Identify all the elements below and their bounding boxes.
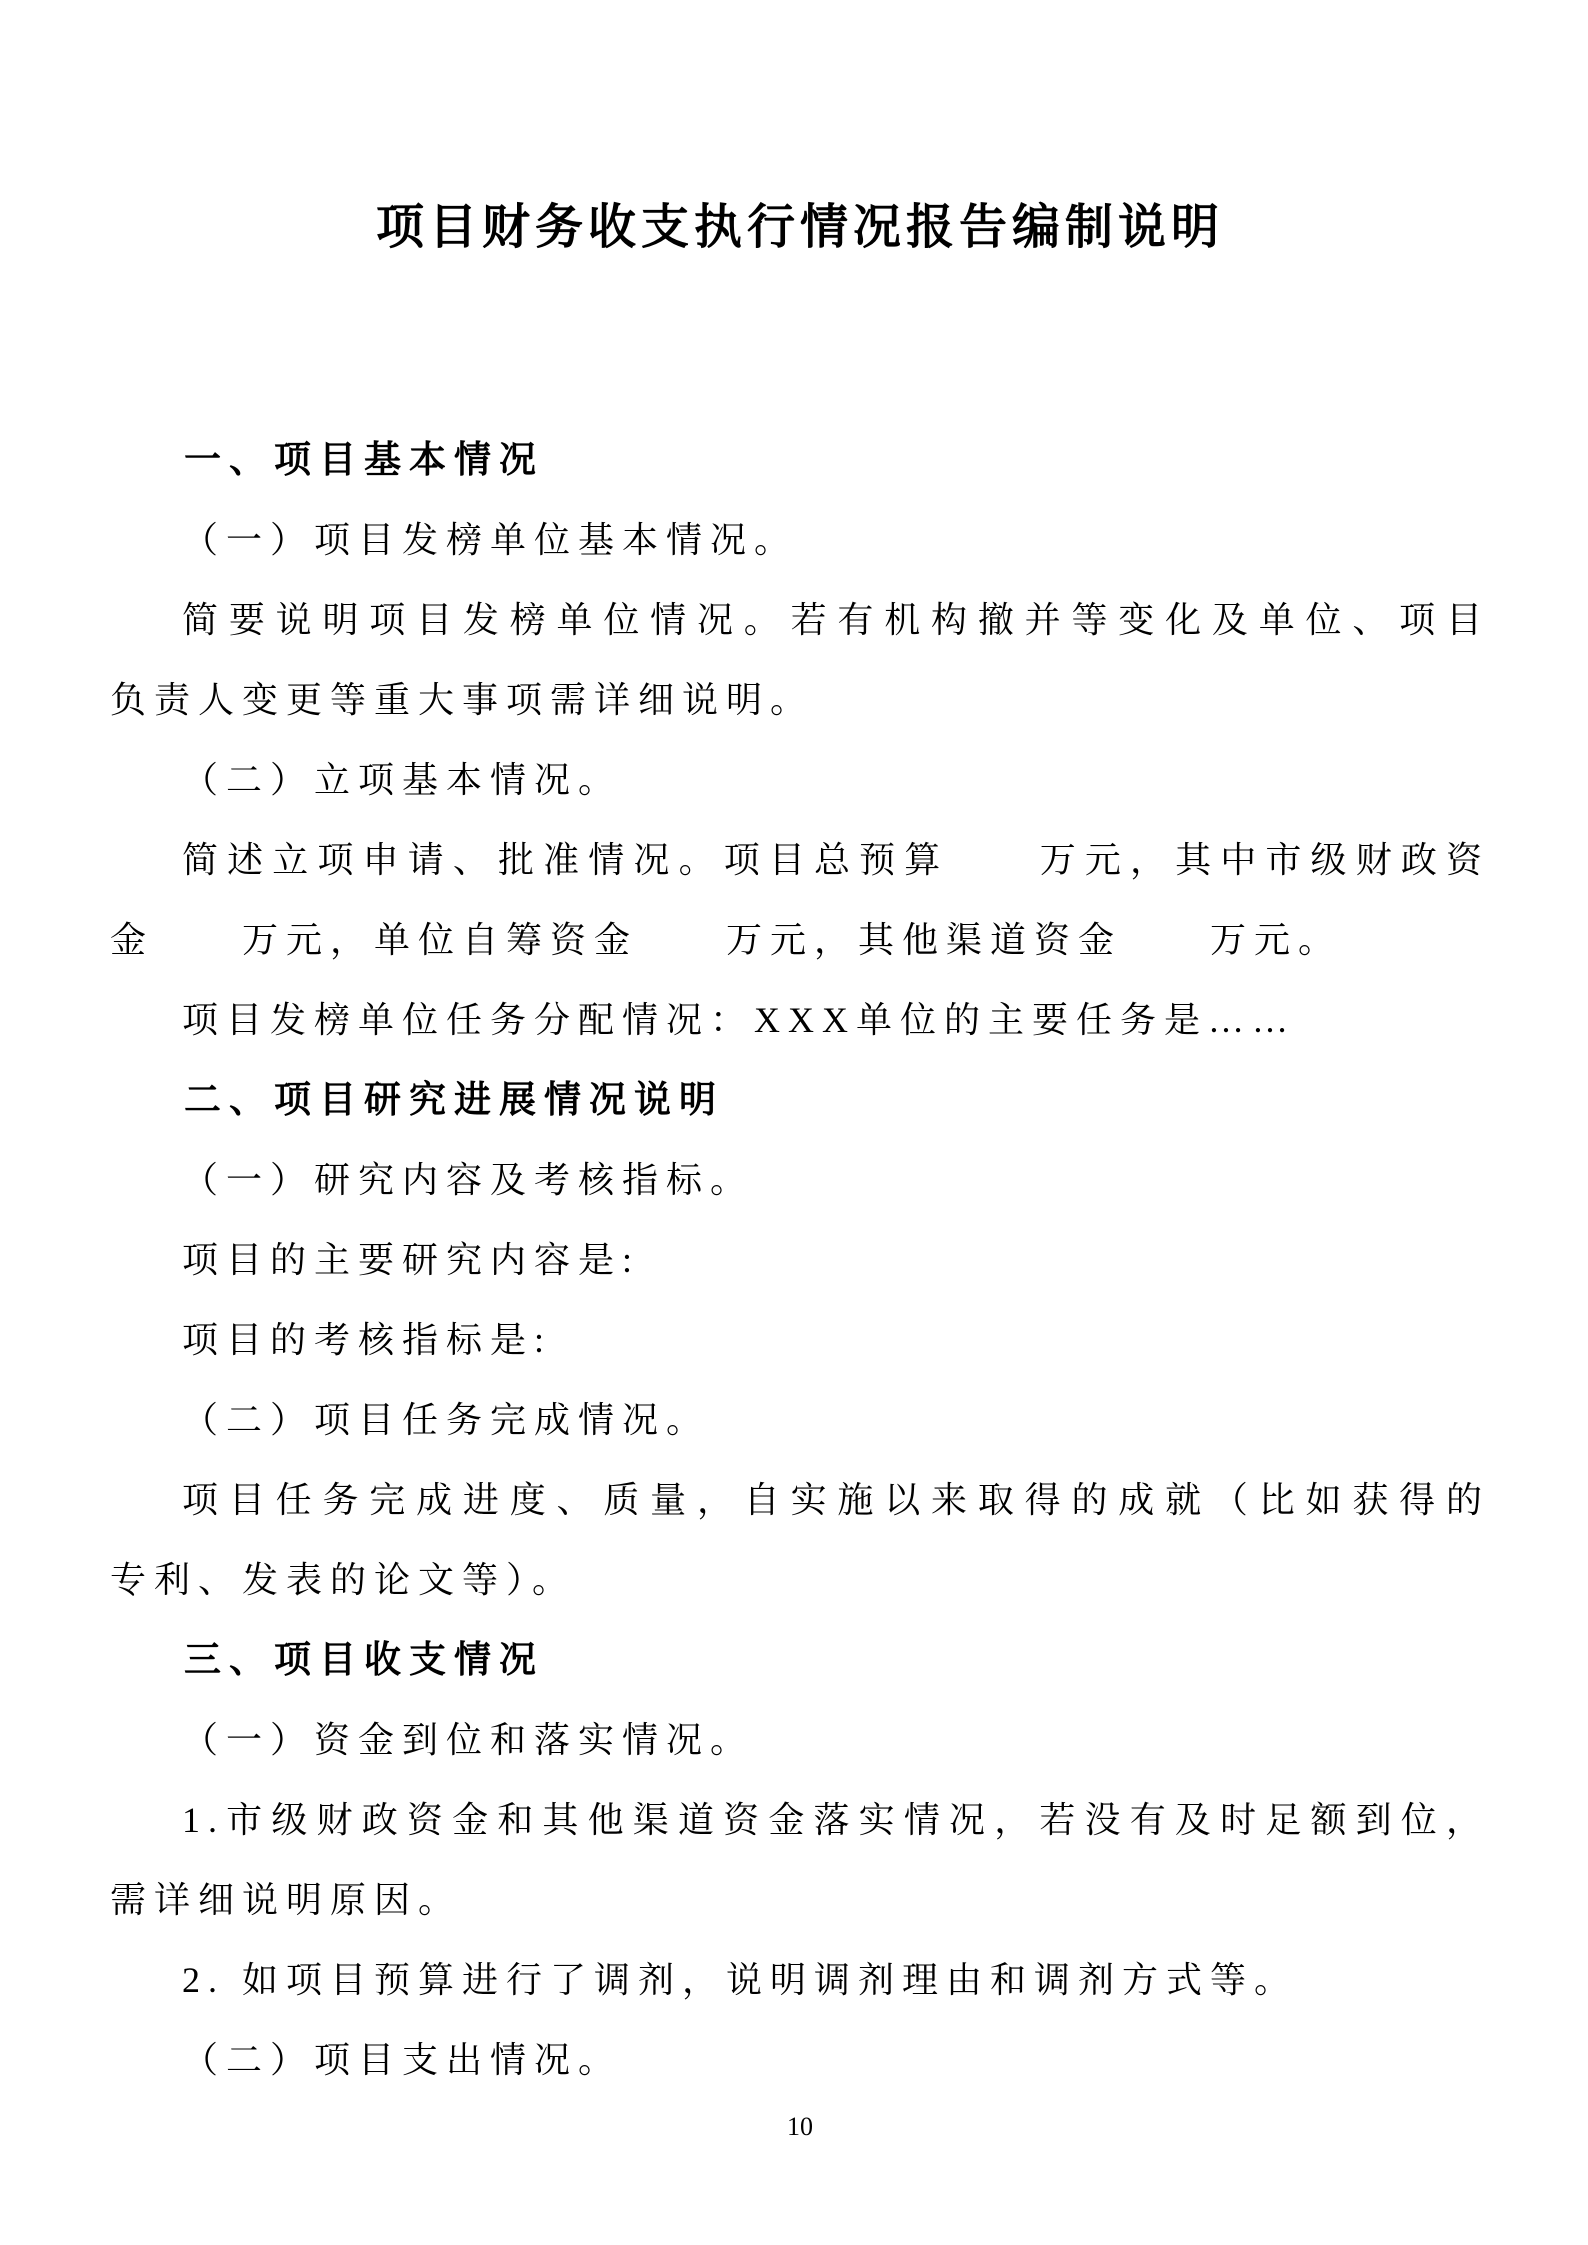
paragraph-line: 简述立项申请、批准情况。项目总预算 万元，其中市级财政资 [110,820,1490,900]
section-heading-3: 三、项目收支情况 [110,1620,1490,1700]
paragraph-line: 1.市级财政资金和其他渠道资金落实情况，若没有及时足额到位， [110,1780,1490,1860]
paragraph-line: 项目的主要研究内容是: [110,1220,1490,1300]
paragraph-line: （一）资金到位和落实情况。 [110,1700,1490,1780]
paragraph-line: 负责人变更等重大事项需详细说明。 [110,660,1490,740]
paragraph-line: 简要说明项目发榜单位情况。若有机构撤并等变化及单位、项目 [110,580,1490,660]
section-heading-2: 二、项目研究进展情况说明 [110,1060,1490,1140]
document-page: 项目财务收支执行情况报告编制说明 一、项目基本情况 （一）项目发榜单位基本情况。… [0,0,1588,2245]
paragraph-line: 金 万元，单位自筹资金 万元，其他渠道资金 万元。 [110,900,1490,980]
paragraph-line: 项目的考核指标是: [110,1300,1490,1380]
section-heading-1: 一、项目基本情况 [110,420,1490,500]
paragraph-line: 需详细说明原因。 [110,1860,1490,1940]
document-title: 项目财务收支执行情况报告编制说明 [110,180,1490,275]
paragraph-line: （二）立项基本情况。 [110,740,1490,820]
paragraph-line: （二）项目支出情况。 [110,2020,1490,2100]
page-number: 10 [110,2112,1490,2142]
paragraph-line: 项目发榜单位任务分配情况：XXX单位的主要任务是…… [110,980,1490,1060]
paragraph-line: （一）项目发榜单位基本情况。 [110,500,1490,580]
paragraph-line: 专利、发表的论文等）。 [110,1540,1490,1620]
paragraph-line: 项目任务完成进度、质量，自实施以来取得的成就（比如获得的 [110,1460,1490,1540]
paragraph-line: （二）项目任务完成情况。 [110,1380,1490,1460]
paragraph-line: 2. 如项目预算进行了调剂，说明调剂理由和调剂方式等。 [110,1940,1490,2020]
paragraph-line: （一）研究内容及考核指标。 [110,1140,1490,1220]
